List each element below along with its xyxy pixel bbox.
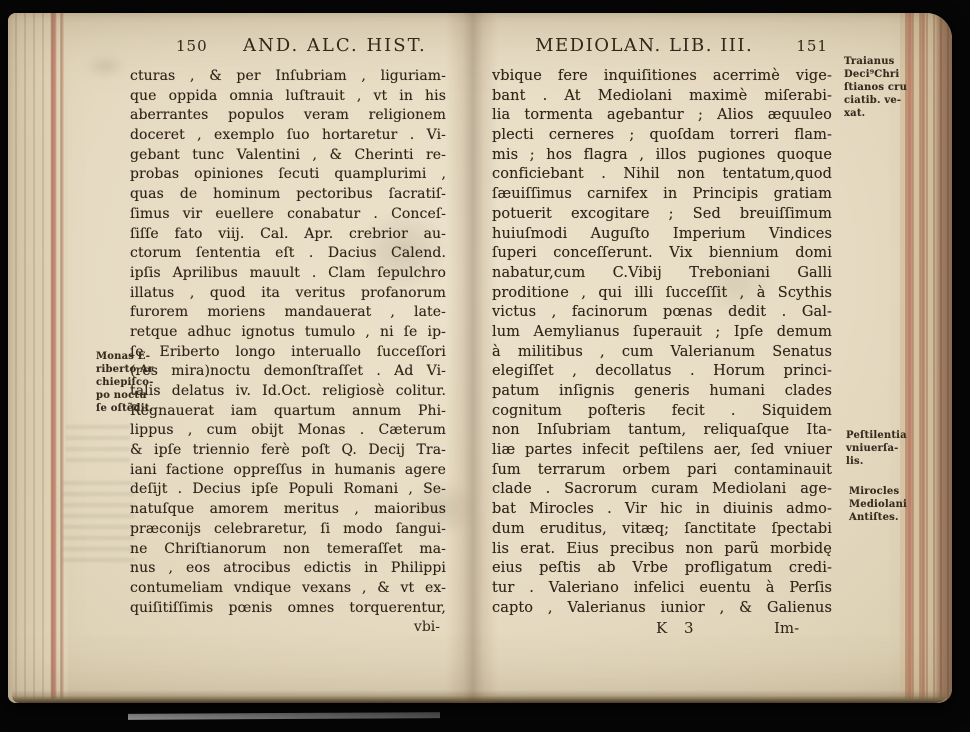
left-text-line: & ipſe triennio ferè poſt Q. Decij Tra- — [130, 441, 446, 461]
right-text-line: clade . Sacrorum curam Mediolani age- — [492, 480, 832, 500]
left-page-body: cturas , & per Inſubriam , liguriam-que … — [130, 67, 446, 618]
left-text-line: deſijt . Decius ipſe Populi Romani , Se- — [130, 480, 446, 500]
right-page-header: MEDIOLAN. LIB. III. 151 — [492, 35, 832, 60]
margin-note-monas: Monas E-riberto Archiepiſco-po noctuſe o… — [96, 350, 192, 415]
right-text-line: potuerit excogitare ; Sed breuiſſimum — [492, 205, 832, 225]
margin-note-line: riberto Ar — [96, 363, 192, 376]
photo-background: 150 AND. ALC. HIST. cturas , & per Inſub… — [0, 0, 970, 732]
left-text-line: doceret , exemplo ſuo hortaretur . Vi- — [130, 126, 446, 146]
left-text-line: lippus , cum obijt Monas . Cæterum — [130, 421, 446, 441]
right-text-line: non Inſubriam tantum, reliquaſque Ita- — [492, 421, 832, 441]
margin-note-traianus: TraianusDeci⁹Chriſtianos cruciatib. ve-x… — [844, 55, 944, 120]
margin-note-line: vniuerſa- — [846, 442, 946, 455]
left-text-line: quas de hominum pectoribus ſacratiſ- — [130, 185, 446, 205]
page-left: 150 AND. ALC. HIST. cturas , & per Inſub… — [130, 35, 446, 635]
right-text-line: cognitum poſteris fecit . Siquidem — [492, 402, 832, 422]
right-running-title: MEDIOLAN. LIB. III. — [535, 35, 753, 56]
left-text-line: quiſitiſſimis pœnis omnes torquerentur, — [130, 599, 446, 619]
right-text-line: à militibus , cum Valerianum Senatus — [492, 343, 832, 363]
left-text-line: nus , eos atrocibus edictis in Philippi — [130, 559, 446, 579]
right-text-line: proditione , qui illi ſucceſſit , à Scyt… — [492, 284, 832, 304]
margin-note-line: Traianus — [844, 55, 944, 68]
gathering-signature: K 3 — [656, 619, 700, 637]
page-right: MEDIOLAN. LIB. III. 151 vbique fere inqu… — [492, 35, 832, 639]
margin-note-line: ciatib. ve- — [844, 94, 944, 107]
right-text-line: lis erat. Eius precibus non parũ morbidę — [492, 540, 832, 560]
margin-note-line: Peſtilentia — [846, 429, 946, 442]
left-text-line: iani factione oppreſſus in humanis agere — [130, 461, 446, 481]
margin-note-line: ſe oſtẽdit. — [96, 402, 192, 415]
right-text-line: eius peſtis ab Vrbe profligatum credi- — [492, 559, 832, 579]
left-text-line: retque adhuc ignotus tumulo , ni ſe ip- — [130, 323, 446, 343]
right-catchword: Im- — [774, 619, 799, 637]
left-page-number: 150 — [176, 37, 208, 55]
left-text-line: præconijs celebraretur, ſi modo ſangui- — [130, 520, 446, 540]
left-catchword: vbi- — [130, 619, 446, 635]
left-running-title: AND. ALC. HIST. — [243, 35, 427, 56]
book-spread: 150 AND. ALC. HIST. cturas , & per Inſub… — [8, 13, 952, 703]
right-text-line: victus , facinorum pœnas dedit . Gal- — [492, 303, 832, 323]
bleed-through-ghost-text — [63, 481, 135, 569]
right-text-line: lia tormenta agebantur ; Alios æquuleo — [492, 106, 832, 126]
margin-note-pestilentia: Peſtilentiavniuerſa-lis. — [846, 429, 946, 468]
left-text-line: cturas , & per Inſubriam , liguriam- — [130, 67, 446, 87]
left-text-line: ſiſſe fato viij. Cal. Apr. crebrior au- — [130, 225, 446, 245]
right-signature-line: K 3 Im- — [492, 619, 832, 639]
right-text-line: vbique fere inquiſitiones acerrimè vige- — [492, 67, 832, 87]
left-text-line: ctorum ſententia eſt . Dacius Calend. — [130, 244, 446, 264]
right-text-line: liæ partes infecit peſtilens aer, ſed vn… — [492, 441, 832, 461]
left-text-line: ne Chriſtianorum non temeraſſet ma- — [130, 540, 446, 560]
margin-note-line: po noctu — [96, 389, 192, 402]
right-text-line: bat Mirocles . Vir hic in diuinis admo- — [492, 500, 832, 520]
margin-note-line: Deci⁹Chri — [844, 68, 944, 81]
margin-note-line: xat. — [844, 107, 944, 120]
fore-edge-left — [8, 13, 68, 703]
right-text-line: nabatur,cum C.Vibij Treboniani Galli — [492, 264, 832, 284]
right-page-body: vbique fere inquiſitiones acerrimè vige-… — [492, 67, 832, 618]
right-page-number: 151 — [796, 37, 828, 55]
right-text-line: conficiebant . Nihil non tentatum,quod — [492, 165, 832, 185]
left-text-line: furorem moriens mandauerat , late- — [130, 303, 446, 323]
bleed-through-ghost-text — [66, 425, 130, 469]
right-text-line: bant . At Mediolani maximè miſerabi- — [492, 87, 832, 107]
left-text-line: ſimus vir euellere conabatur . Conceſ- — [130, 205, 446, 225]
left-text-line: natuſque amorem meritus , maioribus — [130, 500, 446, 520]
right-text-line: huiuſmodi Auguſto Imperium Vindices — [492, 225, 832, 245]
right-text-line: mis ; hos flagra , illos pugiones quoque — [492, 146, 832, 166]
right-text-line: patum inſignis generis humani clades — [492, 382, 832, 402]
margin-note-line: chiepiſco- — [96, 376, 192, 389]
right-text-line: elegiſſet , decollatus . Horum princi- — [492, 362, 832, 382]
margin-note-line: Mediolani — [849, 498, 949, 511]
margin-note-line: ſtianos cru — [844, 81, 944, 94]
margin-note-line: Antiſtes. — [849, 511, 949, 524]
right-text-line: tur . Valeriano infelici euentu à Perſis — [492, 579, 832, 599]
right-text-line: ſum terrarum orbem pari contaminauit — [492, 461, 832, 481]
left-text-line: contumeliam vndique vexans , & vt ex- — [130, 579, 446, 599]
right-text-line: plecti cerneres ; quoſdam torreri flam- — [492, 126, 832, 146]
left-text-line: ipſis Aprilibus mauult . Clam ſepulchro — [130, 264, 446, 284]
left-text-line: illatus , quod ita veritus profanorum — [130, 284, 446, 304]
left-text-line: aberrantes populos veram religionem — [130, 106, 446, 126]
margin-note-line: Monas E- — [96, 350, 192, 363]
margin-note-mirocles: MiroclesMediolaniAntiſtes. — [849, 485, 949, 524]
bleed-through-smudge — [78, 51, 133, 81]
left-text-line: probas opiniones ſecuti quamplurimi , — [130, 165, 446, 185]
left-page-header: 150 AND. ALC. HIST. — [130, 35, 446, 60]
table-edge — [128, 712, 440, 720]
margin-note-line: Mirocles — [849, 485, 949, 498]
right-text-line: capto , Valerianus iunior , & Galienus — [492, 599, 832, 619]
right-text-line: dum eruditus, vitæq; ſanctitate ſpectabi — [492, 520, 832, 540]
left-text-line: gebant tunc Valentini , & Cherinti re- — [130, 146, 446, 166]
margin-note-line: lis. — [846, 455, 946, 468]
gutter-shadow — [446, 13, 498, 703]
right-text-line: ſæuiſſimus carnifex in Principis gratiam — [492, 185, 832, 205]
right-text-line: lum Aemylianus ſuperauit ; Ipſe demum — [492, 323, 832, 343]
right-text-line: ſuperi conceſſerunt. Vix biennium domi — [492, 244, 832, 264]
left-text-line: que oppida omnia luſtrauit , vt in his — [130, 87, 446, 107]
